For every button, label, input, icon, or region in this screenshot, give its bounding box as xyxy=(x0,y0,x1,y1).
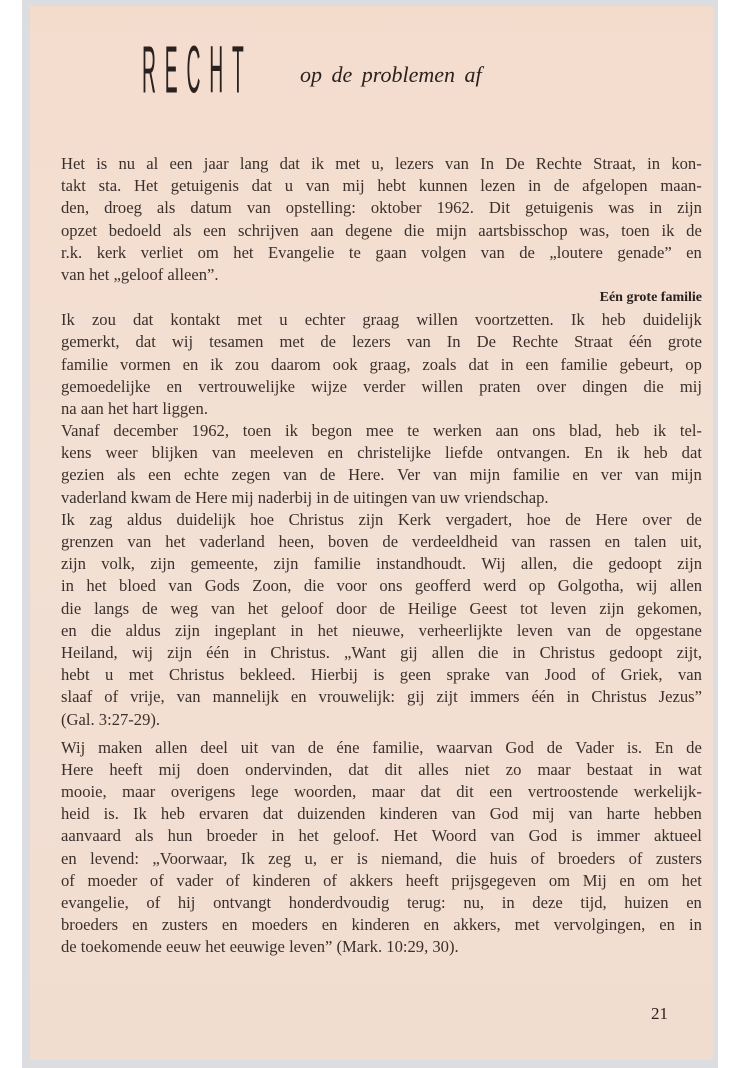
paragraph-intro: Hetisnualeenjaarlangdatikmetu,lezersvanI… xyxy=(61,153,702,286)
text-line: Wijmakenallendeeluitvandeénefamilie,waar… xyxy=(61,737,702,759)
text-line: grenzenvanhetvaderlandheen,bovendeverdee… xyxy=(61,531,702,553)
text-line: broedersenzustersenmoedersenkinderenenak… xyxy=(61,914,702,936)
text-line: gemerkt,datwijtesamenmetdelezersvanInDeR… xyxy=(61,331,702,353)
text-line: Heiland,wijzijnééninChristus.„Wantgijall… xyxy=(61,642,702,664)
text-line: inhetbloedvanGodsZoon,dievooronsgeofferd… xyxy=(61,575,702,597)
text-line: Hereheeftmijdoenondervinden,datditallesn… xyxy=(61,759,702,781)
text-line: Vanafdecember1962,toenikbegonmeetewerken… xyxy=(61,420,702,442)
paragraph: Ikzoudatkontaktmetuechtergraagwillenvoor… xyxy=(61,309,702,420)
text-line: de toekomende eeuw het eeuwige leven” (M… xyxy=(61,936,702,958)
text-line: opzetbedoeldalseenschrijvenaandegenediem… xyxy=(61,220,702,242)
article-body: Hetisnualeenjaarlangdatikmetu,lezersvanI… xyxy=(61,153,702,959)
paragraph: Hetisnualeenjaarlangdatikmetu,lezersvanI… xyxy=(61,153,702,286)
text-line: vaderland kwam de Here mij naderbij in d… xyxy=(61,487,702,509)
text-line: heidis.Ikhebervarendatduizendenkinderenv… xyxy=(61,803,702,825)
paragraph: IkzagaldusduidelijkhoeChristuszijnKerkve… xyxy=(61,509,702,731)
document-page: RECHT op de problemen af Hetisnualeenjaa… xyxy=(30,6,713,1060)
page-number: 21 xyxy=(651,1004,668,1024)
paragraph: Wijmakenallendeeluitvandeénefamilie,waar… xyxy=(61,737,702,959)
text-line: slaafofvrije,vanmannelijkenvrouwelijk:gi… xyxy=(61,686,702,708)
text-line: gemoedelijkeenvertrouwelijkewijzeverderw… xyxy=(61,376,702,398)
text-line: van het „geloof alleen”. xyxy=(61,264,702,286)
article-paragraphs: Ikzoudatkontaktmetuechtergraagwillenvoor… xyxy=(61,309,702,958)
text-line: endiealduszijningeplantinhetnieuwe,verhe… xyxy=(61,620,702,642)
paragraph: Vanafdecember1962,toenikbegonmeetewerken… xyxy=(61,420,702,509)
text-line: r.k.kerkverlietomhetEvangelietegaanvolge… xyxy=(61,242,702,264)
masthead-subtitle: op de problemen af xyxy=(300,62,482,88)
text-line: na aan het hart liggen. xyxy=(61,398,702,420)
text-line: evangelie,ofhijontvangthonderdvoudigteru… xyxy=(61,892,702,914)
text-line: Hetisnualeenjaarlangdatikmetu,lezersvanI… xyxy=(61,153,702,175)
section-heading: Eén grote familie xyxy=(61,287,702,309)
text-line: taktsta.Hetgetuigenisdatuvanmijhebtkunne… xyxy=(61,175,702,197)
text-line: dielangsdewegvanhetgeloofdoordeHeiligeGe… xyxy=(61,598,702,620)
text-line: familievormenenikzoudaaromookgraag,zoals… xyxy=(61,354,702,376)
text-line: IkzagaldusduidelijkhoeChristuszijnKerkve… xyxy=(61,509,702,531)
masthead-title: RECHT xyxy=(142,36,253,103)
text-line: aanvaardalshunbroederinhetgeloof.HetWoor… xyxy=(61,825,702,847)
text-line: ofmoederofvaderofkinderenofakkersheeftpr… xyxy=(61,870,702,892)
text-line: gezienalseenechtezegenvandeHere.Vervanmi… xyxy=(61,464,702,486)
text-line: kensweerblijkenvanmeelevenenchristelijke… xyxy=(61,442,702,464)
text-line: zijnvolk,zijngemeente,zijnfamilieinstand… xyxy=(61,553,702,575)
text-line: den,droegalsdatumvanopstelling:oktober19… xyxy=(61,197,702,219)
text-line: hebtumetChristusbekleed.Hierbijisgeenspr… xyxy=(61,664,702,686)
text-line: enlevend:„Voorwaar,Ikzegu,erisniemand,di… xyxy=(61,848,702,870)
text-line: Ikzoudatkontaktmetuechtergraagwillenvoor… xyxy=(61,309,702,331)
text-line: mooie,maaroverigenslegewoorden,maardatdi… xyxy=(61,781,702,803)
text-line: (Gal. 3:27-29). xyxy=(61,709,702,731)
